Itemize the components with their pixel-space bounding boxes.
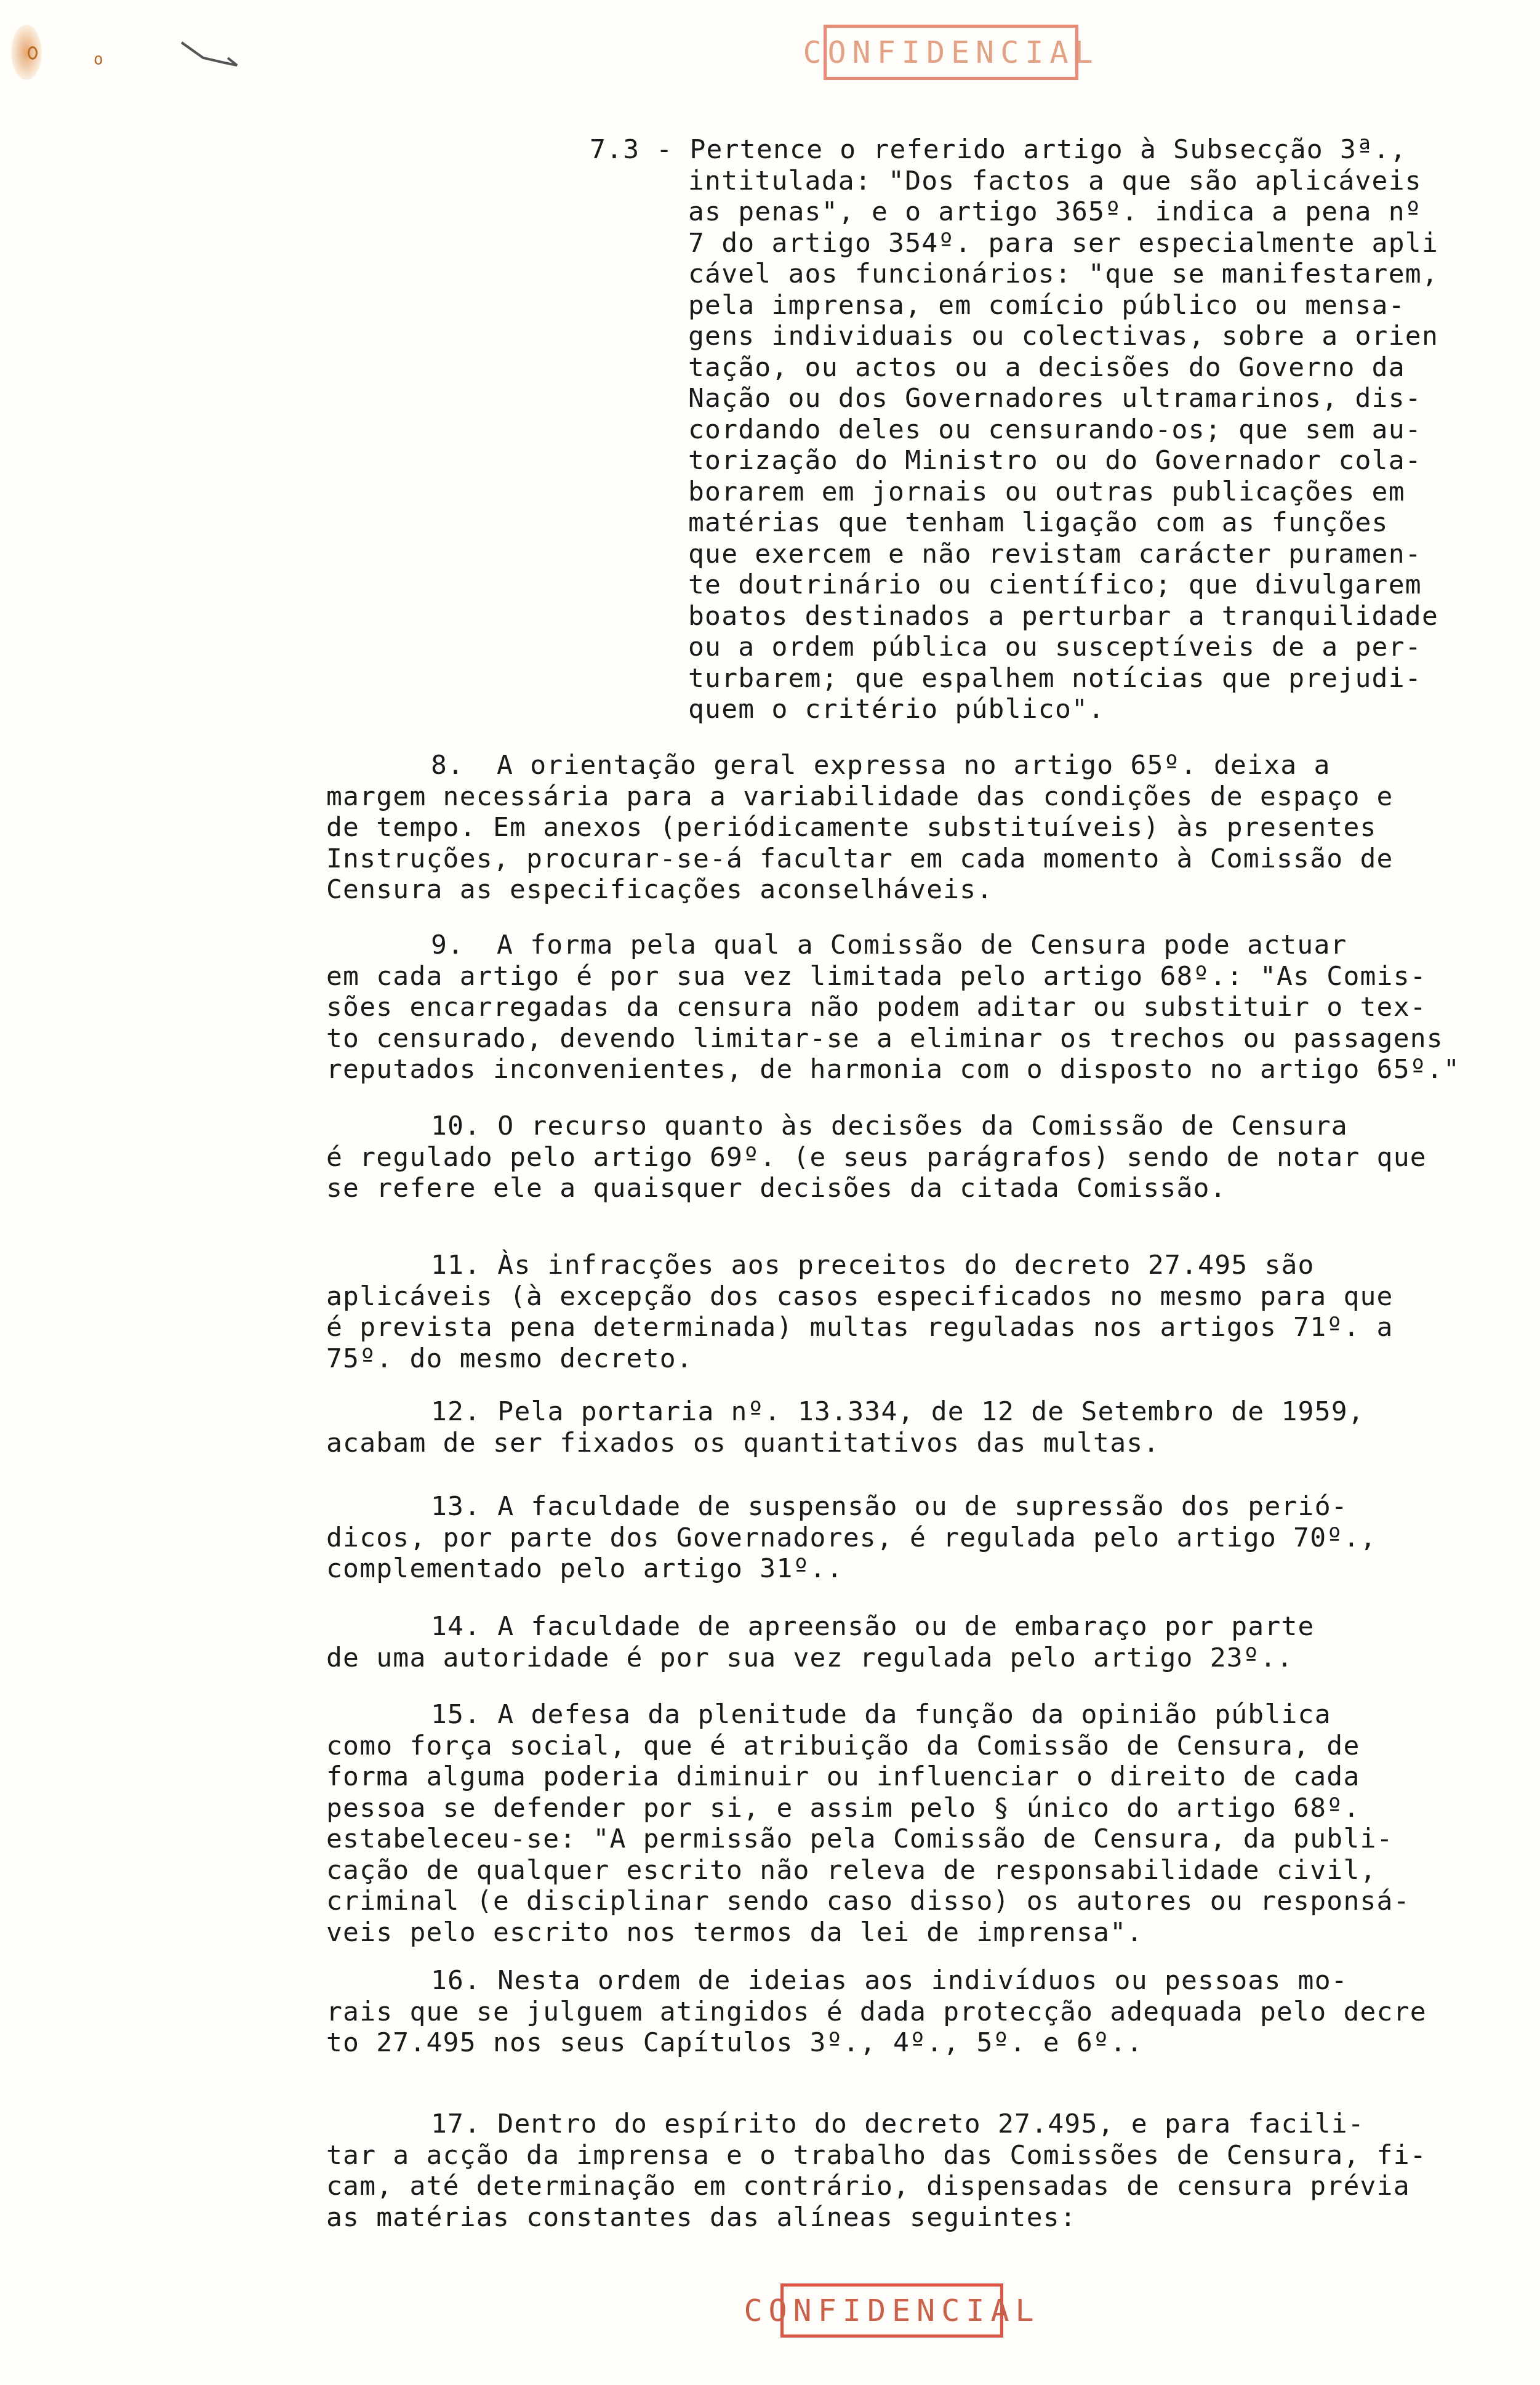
text-line: as matérias constantes das alíneas segui… [326,2202,1459,2234]
text-line: torização do Ministro ou do Governador c… [590,445,1476,477]
line-text: Pertence o referido artigo à Subsecção 3… [690,134,1407,165]
text-line: de tempo. Em anexos (periódicamente subs… [326,812,1459,843]
text-line: sões encarregadas da censura não podem a… [326,992,1459,1023]
paragraph-11: 11. Às infracções aos preceitos do decre… [326,1250,1459,1374]
text-line: cável aos funcionários: "que se manifest… [590,259,1476,290]
text-line: rais que se julguem atingidos é dada pro… [326,1997,1459,2028]
paragraph-first-line: 9. A forma pela qual a Comissão de Censu… [326,930,1459,961]
paragraph-15: 15. A defesa da plenitude da função da o… [326,1699,1459,1948]
line-text: A forma pela qual a Comissão de Censura … [480,930,1347,960]
text-line: criminal (e disciplinar sendo caso disso… [326,1886,1459,1917]
line-text: Às infracções aos preceitos do decreto 2… [481,1250,1314,1281]
text-line: complementado pelo artigo 31º.. [326,1553,1459,1585]
section-number: 7.3 - [590,134,690,165]
text-line: aplicáveis (à excepção dos casos especif… [326,1281,1459,1313]
paragraph-13: 13. A faculdade de suspensão ou de supre… [326,1491,1459,1585]
document-page: o CONFIDENCIAL 7.3 - Pertence o referido… [0,0,1540,2385]
text-line: matérias que tenham ligação com as funçõ… [590,507,1476,539]
paragraph-number: 11. [431,1250,481,1281]
staple-mark-icon [178,39,246,70]
line-text: A orientação geral expressa no artigo 65… [480,750,1331,781]
text-line: Instruções, procurar-se-á facultar em ca… [326,843,1459,875]
line-text: Dentro do espírito do decreto 27.495, e … [481,2109,1365,2139]
text-line: dicos, por parte dos Governadores, é reg… [326,1522,1459,1554]
text-line: pela imprensa, em comício público ou men… [590,290,1476,321]
section-7-3: 7.3 - Pertence o referido artigo à Subse… [590,134,1476,725]
text-line: gens individuais ou colectivas, sobre a … [590,321,1476,352]
paragraph-9: 9. A forma pela qual a Comissão de Censu… [326,930,1459,1085]
text-line: Censura as especificações aconselháveis. [326,874,1459,906]
text-line: cação de qualquer escrito não releva de … [326,1855,1459,1886]
paragraph-first-line: 12. Pela portaria nº. 13.334, de 12 de S… [326,1396,1459,1428]
paragraph-8: 8. A orientação geral expressa no artigo… [326,750,1459,906]
text-line: margem necessária para a variabilidade d… [326,781,1459,813]
line-text: O recurso quanto às decisões da Comissão… [481,1111,1348,1141]
line-text: A faculdade de apreensão ou de embaraço … [481,1611,1314,1642]
text-line: veis pelo escrito nos termos da lei de i… [326,1917,1459,1949]
text-line: 75º. do mesmo decreto. [326,1343,1459,1375]
line-text: Pela portaria nº. 13.334, de 12 de Setem… [481,1396,1365,1427]
line-text: A defesa da plenitude da função da opini… [481,1699,1331,1730]
paragraph-number: 15. [431,1699,481,1731]
paragraph-first-line: 13. A faculdade de suspensão ou de supre… [326,1491,1459,1522]
paragraph-number: 12. [431,1396,481,1428]
paragraph-first-line: 10. O recurso quanto às decisões da Comi… [326,1111,1459,1142]
text-line: 7.3 - Pertence o referido artigo à Subse… [590,134,1476,166]
paragraph-first-line: 16. Nesta ordem de ideias aos indivíduos… [326,1965,1459,1997]
text-line: de uma autoridade é por sua vez regulada… [326,1643,1459,1674]
paragraph-12: 12. Pela portaria nº. 13.334, de 12 de S… [326,1396,1459,1458]
paragraph-number: 8. [431,750,480,781]
text-line: 7 do artigo 354º. para ser especialmente… [590,228,1476,259]
stamp-text: CONFIDENCIAL [803,34,1099,70]
text-line: te doutrinário ou científico; que divulg… [590,569,1476,601]
confidential-stamp-bottom: CONFIDENCIAL [780,2283,1003,2338]
confidential-stamp-top: CONFIDENCIAL [824,25,1078,80]
line-text: A faculdade de suspensão ou de supressão… [481,1491,1348,1522]
text-line: como força social, que é atribuição da C… [326,1731,1459,1762]
text-line: cam, até determinação em contrário, disp… [326,2171,1459,2202]
text-line: as penas", e o artigo 365º. indica a pen… [590,196,1476,228]
stamp-text: CONFIDENCIAL [744,2293,1040,2328]
text-line: estabeleceu-se: "A permissão pela Comiss… [326,1824,1459,1855]
paragraph-14: 14. A faculdade de apreensão ou de embar… [326,1611,1459,1673]
text-line: forma alguma poderia diminuir ou influen… [326,1761,1459,1793]
text-line: boatos destinados a perturbar a tranquil… [590,601,1476,632]
paragraph-first-line: 17. Dentro do espírito do decreto 27.495… [326,2109,1459,2140]
punch-hole-mark [28,46,38,60]
text-line: tar a acção da imprensa e o trabalho das… [326,2140,1459,2171]
text-line: to 27.495 nos seus Capítulos 3º., 4º., 5… [326,2027,1459,2059]
paragraph-number: 14. [431,1611,481,1643]
text-line: reputados inconvenientes, de harmonia co… [326,1054,1459,1085]
text-line: em cada artigo é por sua vez limitada pe… [326,961,1459,992]
text-line: to censurado, devendo limitar-se a elimi… [326,1023,1459,1055]
small-circle-mark: o [94,50,103,69]
line-text: Nesta ordem de ideias aos indivíduos ou … [481,1965,1348,1996]
text-line: quem o critério público". [590,694,1476,725]
paragraph-first-line: 14. A faculdade de apreensão ou de embar… [326,1611,1459,1643]
text-line: intitulada: "Dos factos a que são aplicá… [590,166,1476,197]
paragraph-number: 9. [431,930,480,961]
text-line: é prevista pena determinada) multas regu… [326,1312,1459,1343]
text-line: é regulado pelo artigo 69º. (e seus pará… [326,1142,1459,1173]
text-line: acabam de ser fixados os quantitativos d… [326,1428,1459,1459]
paragraph-number: 13. [431,1491,481,1522]
text-line: turbarem; que espalhem notícias que prej… [590,663,1476,694]
text-line: se refere ele a quaisquer decisões da ci… [326,1173,1459,1204]
paragraph-10: 10. O recurso quanto às decisões da Comi… [326,1111,1459,1204]
text-line: borarem em jornais ou outras publicações… [590,477,1476,508]
text-line: Nação ou dos Governadores ultramarinos, … [590,383,1476,414]
paragraph-number: 10. [431,1111,481,1142]
paragraph-first-line: 11. Às infracções aos preceitos do decre… [326,1250,1459,1281]
text-line: tação, ou actos ou a decisões do Governo… [590,352,1476,384]
paragraph-first-line: 8. A orientação geral expressa no artigo… [326,750,1459,781]
paragraph-number: 16. [431,1965,481,1997]
text-line: que exercem e não revistam carácter pura… [590,539,1476,570]
text-line: pessoa se defender por si, e assim pelo … [326,1793,1459,1824]
paragraph-number: 17. [431,2109,481,2140]
paragraph-first-line: 15. A defesa da plenitude da função da o… [326,1699,1459,1731]
text-line: ou a ordem pública ou susceptíveis de a … [590,632,1476,663]
paragraph-17: 17. Dentro do espírito do decreto 27.495… [326,2109,1459,2233]
text-line: cordando deles ou censurando-os; que sem… [590,414,1476,446]
paragraph-16: 16. Nesta ordem de ideias aos indivíduos… [326,1965,1459,2059]
